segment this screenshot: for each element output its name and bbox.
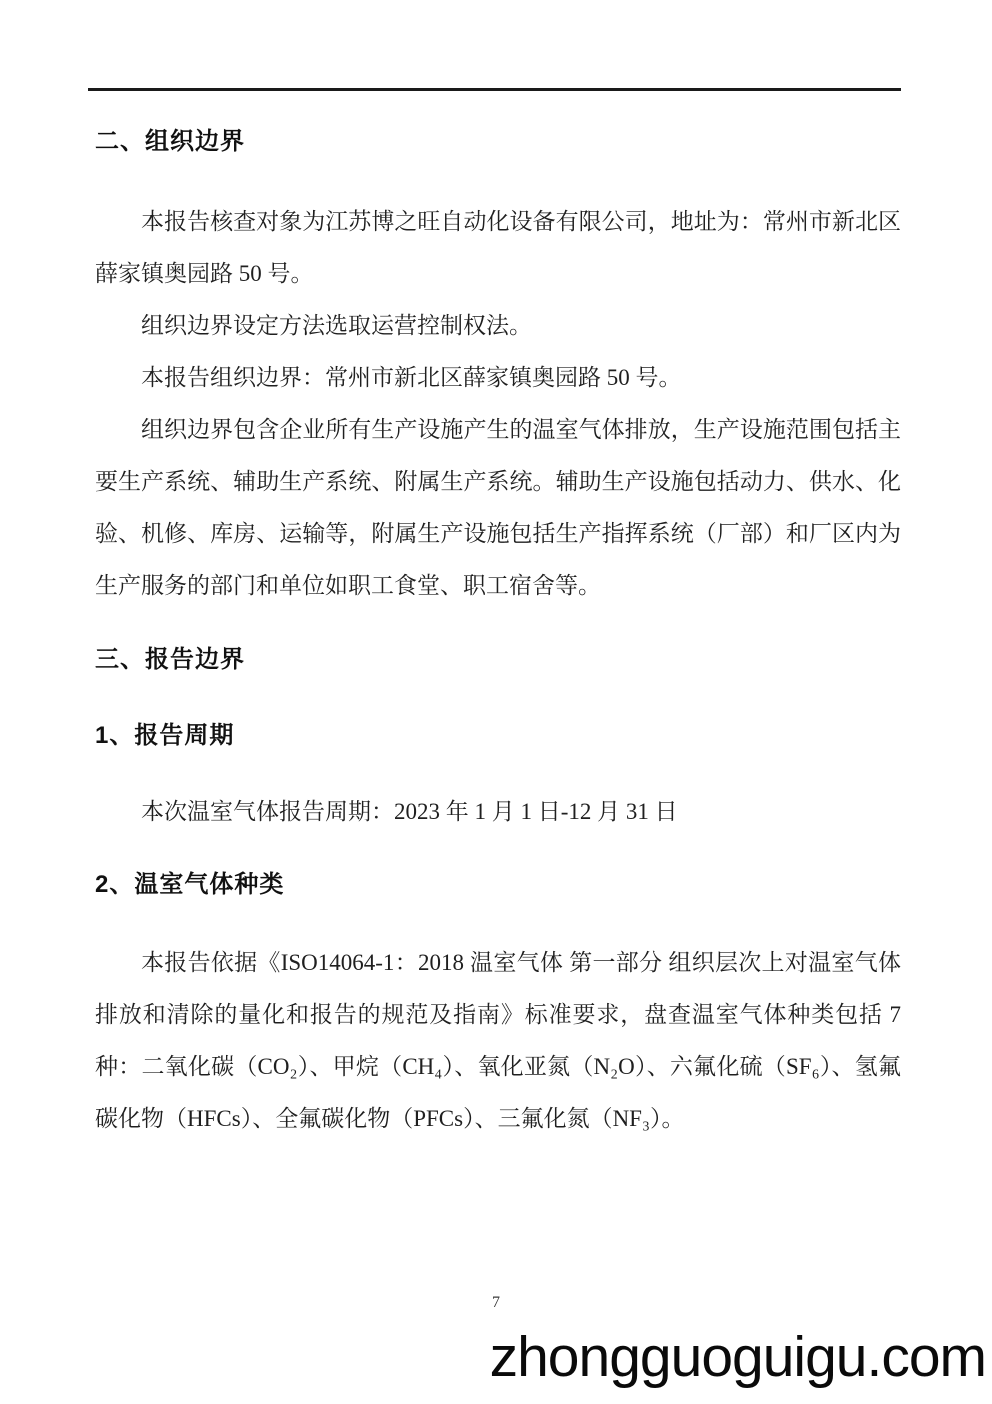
section-heading-report-boundary: 三、报告边界	[95, 646, 901, 674]
subsection-heading-ghg-types: 2、温室气体种类	[95, 871, 901, 899]
page-content: 二、组织边界 本报告核查对象为江苏博之旺自动化设备有限公司，地址为：常州市新北区…	[95, 128, 901, 1145]
paragraph-boundary-scope: 组织边界包含企业所有生产设施产生的温室气体排放，生产设施范围包括主要生产系统、辅…	[95, 404, 901, 612]
page-number: 7	[0, 1294, 992, 1312]
paragraph-report-boundary-address: 本报告组织边界：常州市新北区薛家镇奥园路 50 号。	[95, 352, 901, 404]
document-page: 二、组织边界 本报告核查对象为江苏博之旺自动化设备有限公司，地址为：常州市新北区…	[0, 0, 992, 1404]
watermark-text: zhongguoguigu.com	[490, 1324, 986, 1390]
paragraph-verification-subject: 本报告核查对象为江苏博之旺自动化设备有限公司，地址为：常州市新北区薛家镇奥园路 …	[95, 196, 901, 300]
paragraph-report-period: 本次温室气体报告周期：2023 年 1 月 1 日-12 月 31 日	[95, 786, 901, 838]
organization-boundary-paragraphs: 本报告核查对象为江苏博之旺自动化设备有限公司，地址为：常州市新北区薛家镇奥园路 …	[95, 196, 901, 612]
paragraph-boundary-method: 组织边界设定方法选取运营控制权法。	[95, 300, 901, 352]
section-heading-organization-boundary: 二、组织边界	[95, 128, 901, 156]
paragraph-ghg-types: 本报告依据《ISO14064-1：2018 温室气体 第一部分 组织层次上对温室…	[95, 937, 901, 1145]
subsection-heading-report-period: 1、报告周期	[95, 722, 901, 750]
header-rule	[88, 88, 901, 91]
